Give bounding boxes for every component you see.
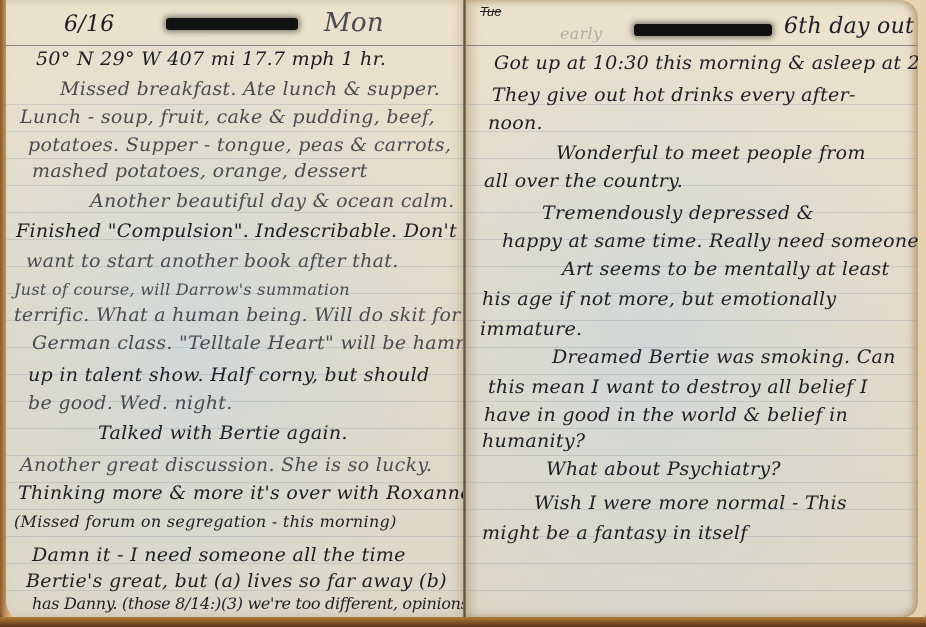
diary-line: want to start another book after that. bbox=[26, 252, 399, 271]
diary-line: mashed potatoes, orange, dessert bbox=[32, 162, 368, 181]
diary-line: They give out hot drinks every after- bbox=[492, 86, 856, 105]
diary-line: be good. Wed. night. bbox=[28, 394, 233, 413]
diary-line: Tremendously depressed & bbox=[542, 204, 814, 223]
diary-line: humanity? bbox=[482, 432, 585, 451]
open-diary: 6/16 Mon 50° N 29° W 407 mi 17.7 mph 1 h… bbox=[0, 0, 926, 627]
diary-line: up in talent show. Half corny, but shoul… bbox=[28, 366, 430, 385]
diary-line: Another great discussion. She is so luck… bbox=[20, 456, 432, 475]
diary-line: Dreamed Bertie was smoking. Can bbox=[552, 348, 896, 367]
diary-line: have in good in the world & belief in bbox=[484, 406, 848, 425]
diary-line: potatoes. Supper - tongue, peas & carrot… bbox=[28, 136, 451, 155]
diary-line: (Missed forum on segregation - this morn… bbox=[14, 514, 397, 530]
diary-line: What about Psychiatry? bbox=[546, 460, 781, 479]
diary-line: Just of course, will Darrow's summation bbox=[14, 282, 350, 298]
diary-line: has Danny. (those 8/14:)(3) we're too di… bbox=[32, 596, 466, 612]
diary-line: might be a fantasy in itself bbox=[482, 524, 748, 543]
header-rule bbox=[6, 45, 466, 46]
diary-line: Bertie's great, but (a) lives so far awa… bbox=[26, 572, 447, 591]
diary-line: Another beautiful day & ocean calm. bbox=[90, 192, 454, 211]
diary-line: his age if not more, but emotionally bbox=[482, 290, 836, 309]
redacted-printed-date bbox=[634, 24, 772, 36]
book-gutter bbox=[463, 0, 466, 620]
redacted-printed-date bbox=[166, 18, 298, 30]
log-line-coordinates: 50° N 29° W 407 mi 17.7 mph 1 hr. bbox=[36, 50, 386, 69]
diary-line: Lunch - soup, fruit, cake & pudding, bee… bbox=[20, 108, 435, 127]
diary-line: all over the country. bbox=[484, 172, 683, 191]
entry-date: 6/16 bbox=[64, 14, 115, 36]
diary-line: terrific. What a human being. Will do sk… bbox=[14, 306, 461, 325]
faint-note: early bbox=[560, 26, 602, 42]
diary-line: Damn it - I need someone all the time bbox=[32, 546, 406, 565]
diary-line: noon. bbox=[488, 114, 543, 133]
diary-line: Missed breakfast. Ate lunch & supper. bbox=[60, 80, 440, 99]
diary-line: immature. bbox=[480, 320, 582, 339]
diary-line: happy at same time. Really need someone. bbox=[502, 232, 918, 251]
diary-line: this mean I want to destroy all belief I bbox=[488, 378, 868, 397]
diary-line: Art seems to be mentally at least bbox=[562, 260, 889, 279]
header-rule bbox=[466, 45, 918, 46]
left-page: 6/16 Mon 50° N 29° W 407 mi 17.7 mph 1 h… bbox=[6, 0, 466, 618]
diary-line: Talked with Bertie again. bbox=[98, 424, 348, 443]
diary-line: Wonderful to meet people from bbox=[556, 144, 866, 163]
right-page: Tue early 6th day out Got up at 10:30 th… bbox=[466, 0, 918, 618]
diary-line: Thinking more & more it's over with Roxa… bbox=[18, 484, 466, 503]
cover-bottom-edge bbox=[0, 617, 926, 627]
diary-line: German class. "Telltale Heart" will be h… bbox=[32, 334, 466, 353]
struck-weekday: Tue bbox=[480, 4, 501, 19]
day-note: 6th day out bbox=[784, 16, 914, 38]
weekday: Mon bbox=[324, 10, 384, 36]
diary-line: Finished "Compulsion". Indescribable. Do… bbox=[16, 222, 457, 241]
diary-line: Wish I were more normal - This bbox=[534, 494, 847, 513]
diary-line: Got up at 10:30 this morning & asleep at… bbox=[494, 54, 918, 73]
